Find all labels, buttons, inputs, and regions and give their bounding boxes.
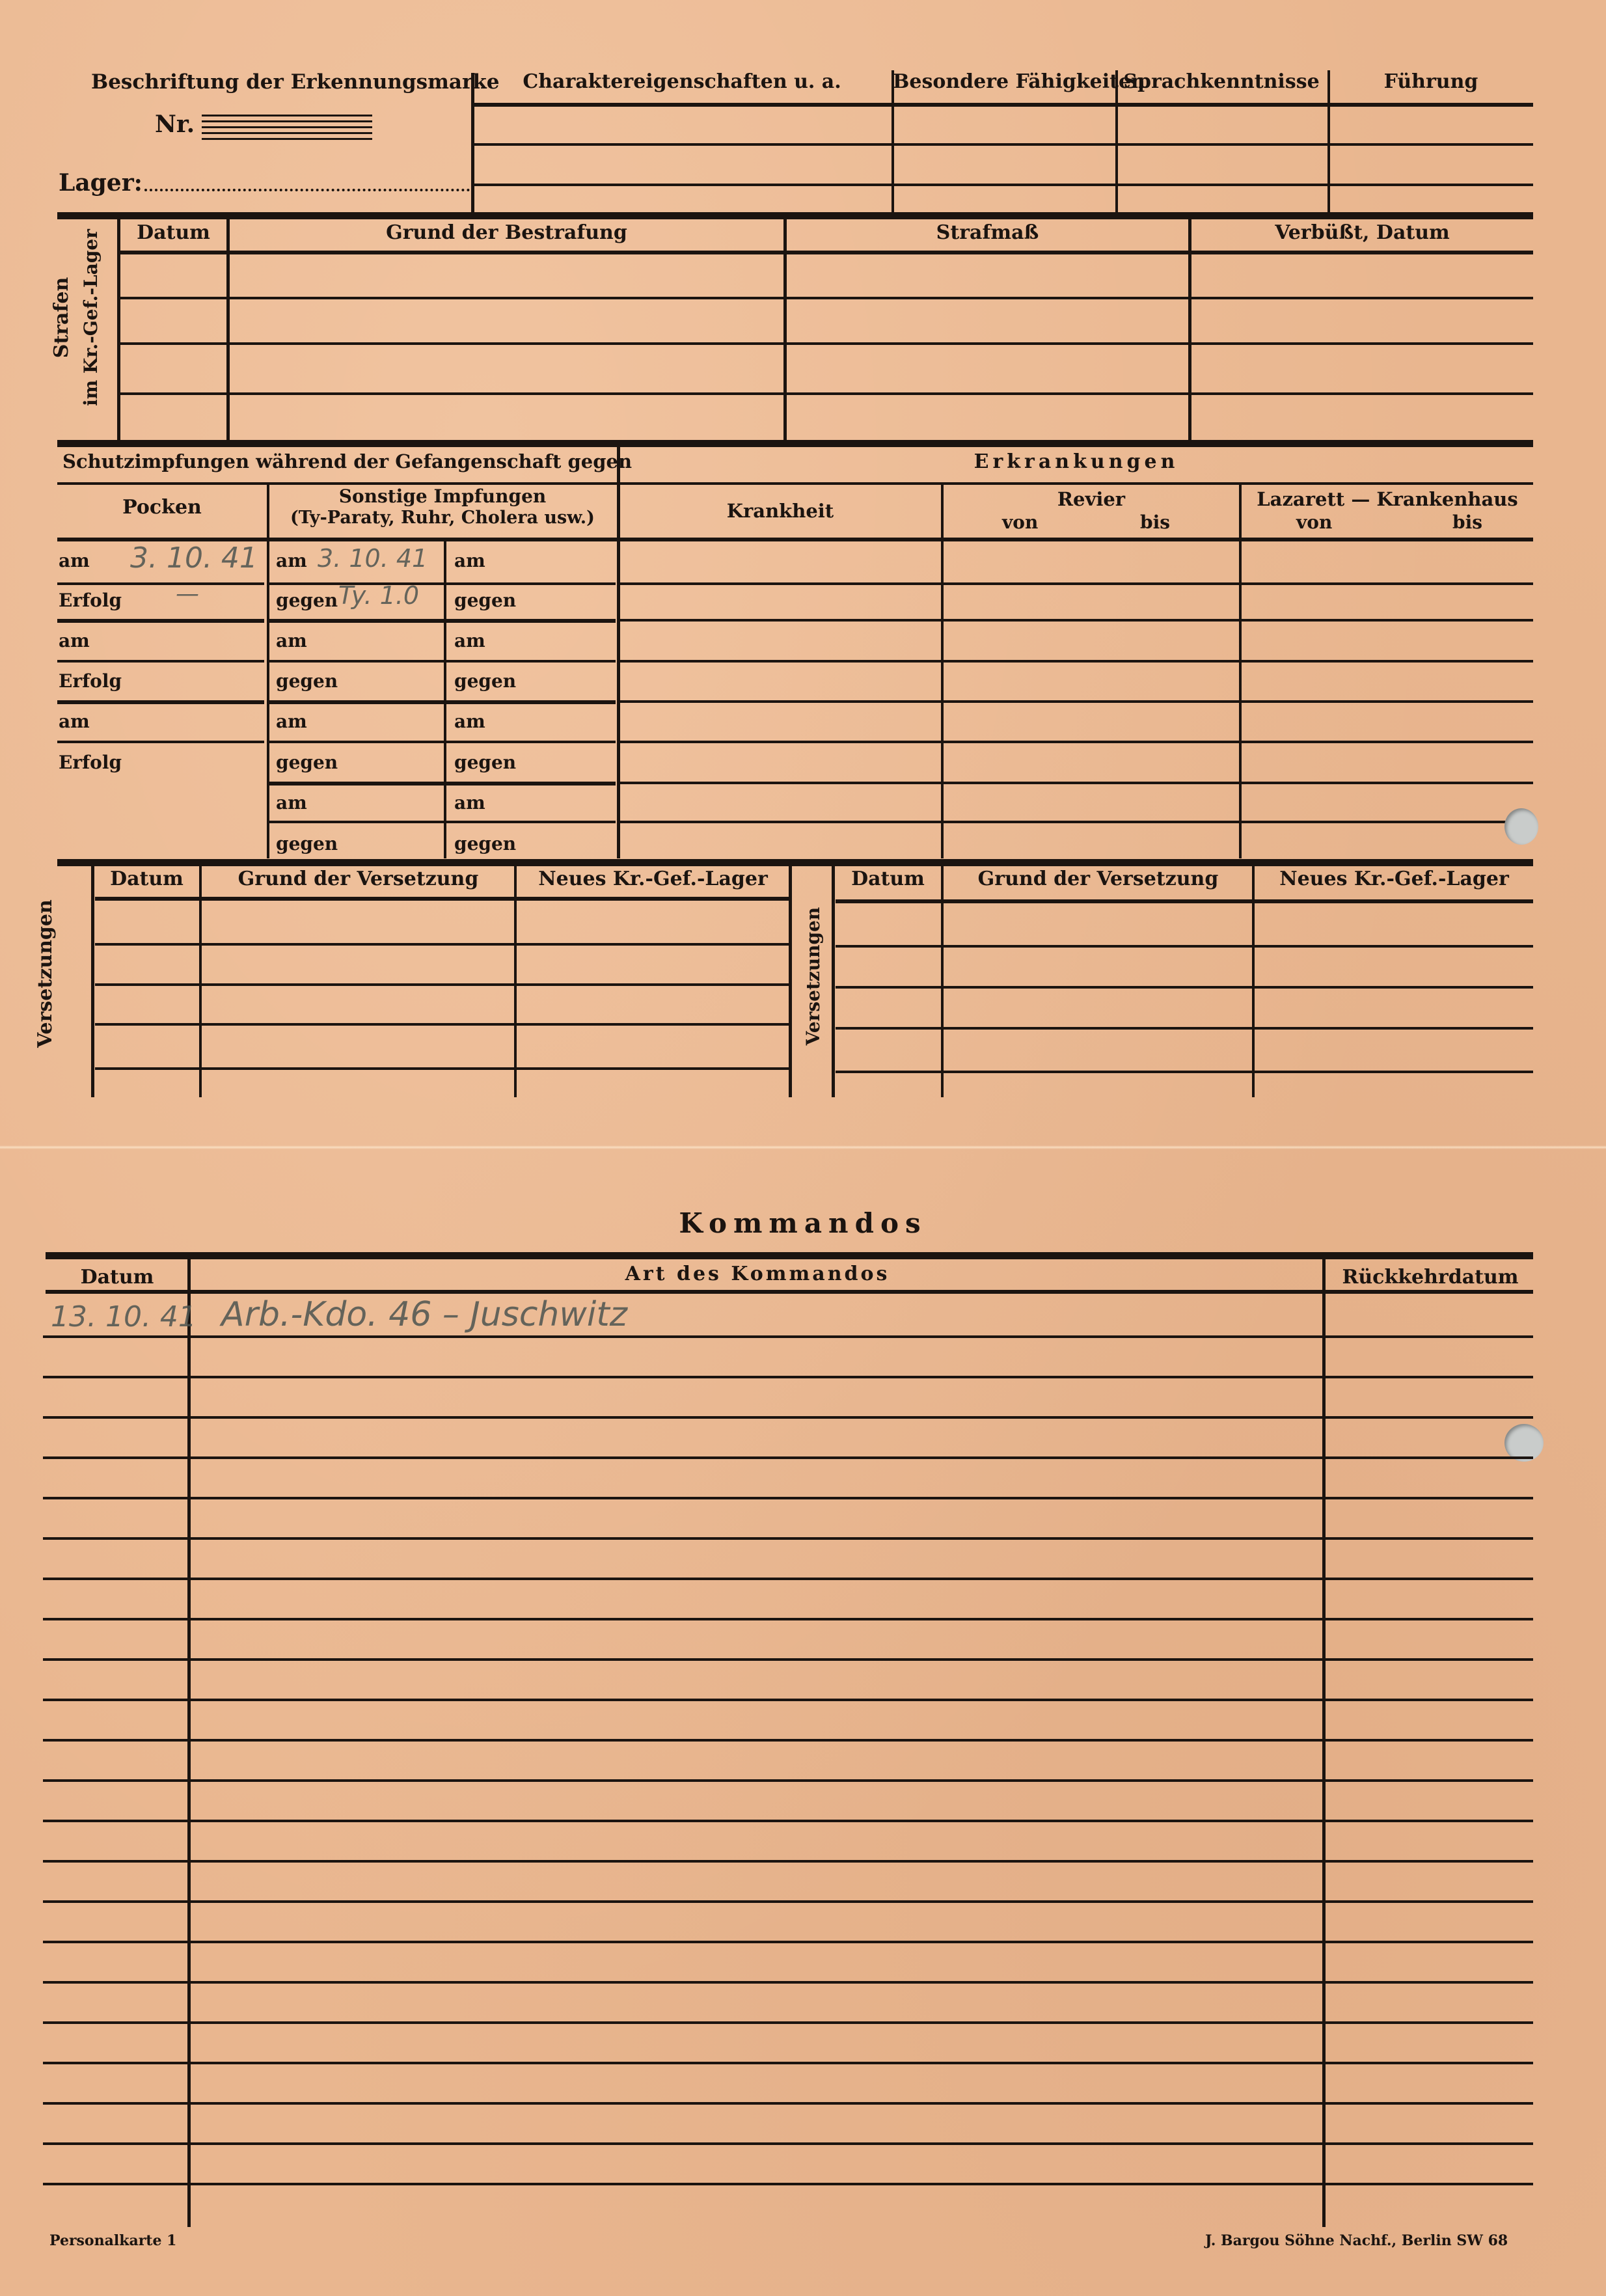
rule: [57, 660, 264, 663]
rule: [43, 1456, 1533, 1459]
revier-bis: bis: [1140, 512, 1170, 533]
rule: [43, 2062, 1533, 2064]
sonstige-label: am: [276, 792, 307, 813]
pocken-value[interactable]: —: [176, 581, 199, 607]
header-charakter: Charaktereigenschaften u. a.: [474, 70, 890, 93]
rule: [269, 619, 616, 623]
sonstige-label: gegen: [276, 752, 338, 773]
versetzung-header-lager: Neues Kr.-Gef.-Lager: [517, 868, 789, 890]
nr-field[interactable]: [202, 115, 372, 141]
rule: [836, 986, 1533, 989]
versetzungen-side-label: Versetzungen: [800, 905, 826, 1048]
footer-form-id: Personalkarte 1: [49, 2232, 176, 2249]
erkrankungen-row[interactable]: [619, 586, 1533, 618]
erkrankungen-row[interactable]: [619, 744, 1533, 780]
kommandos-header-datum: Datum: [46, 1266, 189, 1289]
pocken-value[interactable]: 3. 10. 41: [130, 541, 258, 575]
kommando-datum[interactable]: 13. 10. 41: [51, 1300, 197, 1333]
strafen-side-label-2: im Kr.-Gef.-Lager: [76, 223, 106, 412]
sonstige-header: Sonstige Impfungen: [269, 485, 616, 507]
versetzung-row[interactable]: [95, 902, 787, 941]
versetzung-row[interactable]: [836, 949, 1533, 985]
rule: [619, 741, 1533, 743]
rule: [120, 297, 1533, 299]
pocken-header: Pocken: [59, 496, 265, 519]
rule: [619, 619, 1533, 622]
sonstige-label: gegen: [276, 590, 338, 611]
pocken-label: am: [59, 630, 90, 651]
rule: [57, 582, 264, 585]
strafen-row[interactable]: [120, 255, 1532, 295]
kommando-row[interactable]: [46, 1702, 1533, 1738]
strafen-side-label: Strafen: [47, 223, 77, 412]
sonstige-label: am: [454, 550, 485, 571]
rule: [619, 582, 1533, 585]
divider: [832, 863, 835, 1097]
strafen-header-verbuesst: Verbüßt, Datum: [1191, 221, 1533, 244]
rule: [120, 342, 1533, 345]
rule: [43, 1860, 1533, 1863]
kommando-row[interactable]: [46, 2066, 1533, 2101]
nr-label: Nr.: [155, 111, 195, 138]
rule: [43, 1981, 1533, 1984]
strafen-row[interactable]: [120, 396, 1532, 439]
pocken-label: am: [59, 550, 90, 571]
rule: [43, 1497, 1533, 1499]
rule: [619, 700, 1533, 703]
header-sprachen: Sprachkenntnisse: [1117, 70, 1326, 93]
sonstige-label: gegen: [454, 752, 516, 773]
rule: [269, 741, 616, 743]
rule: [43, 1376, 1533, 1378]
rule: [269, 582, 616, 585]
versetzung-header-datum: Datum: [94, 868, 199, 890]
rule: [619, 660, 1533, 663]
kommando-row[interactable]: [46, 1501, 1533, 1536]
rule: [57, 538, 1533, 541]
strafen-header-grund: Grund der Bestrafung: [230, 221, 783, 244]
krankheit-header: Krankheit: [619, 500, 941, 522]
erkrankungen-row[interactable]: [619, 824, 1533, 858]
sonstige-label: gegen: [276, 833, 338, 854]
lazarett-von: von: [1296, 512, 1332, 533]
rule: [269, 821, 616, 823]
kommandos-header-rueckkehr: Rückkehrdatum: [1327, 1266, 1533, 1289]
revier-von: von: [1002, 512, 1038, 533]
section-rule: [57, 859, 1533, 866]
rule: [269, 660, 616, 663]
rule: [43, 1416, 1533, 1419]
kommando-row[interactable]: [46, 2025, 1533, 2060]
kommando-row[interactable]: [46, 1662, 1533, 1697]
lazarett-bis: bis: [1452, 512, 1482, 533]
kommando-row[interactable]: [46, 1420, 1533, 1455]
rule: [120, 251, 1533, 254]
section-rule: [57, 212, 1533, 219]
rule: [95, 943, 789, 946]
rule: [95, 897, 789, 901]
charakter-field[interactable]: [474, 107, 890, 212]
rule: [836, 945, 1533, 948]
erkrankungen-row[interactable]: [619, 663, 1533, 700]
pocken-label: Erfolg: [59, 752, 122, 773]
rule: [43, 1578, 1533, 1580]
section-rule: [46, 1252, 1533, 1259]
rule: [57, 741, 264, 743]
impfungen-title: Schutzimpfungen während der Gefangenscha…: [62, 450, 632, 472]
strafen-header-strafmass: Strafmaß: [787, 221, 1188, 244]
rule: [43, 1537, 1533, 1540]
versetzung-header-grund: Grund der Versetzung: [202, 868, 514, 890]
sonstige-label: am: [454, 792, 485, 813]
kommando-row[interactable]: [46, 1339, 1533, 1374]
sonstige-value[interactable]: Ty. 1.0: [338, 581, 419, 610]
kommando-row[interactable]: [46, 1945, 1533, 1980]
sonstige-label: gegen: [454, 833, 516, 854]
rule: [57, 482, 617, 485]
sonstige-label: gegen: [454, 590, 516, 611]
kommando-row[interactable]: [46, 1864, 1533, 1899]
versetzung-row[interactable]: [95, 1027, 787, 1066]
lazarett-header: Lazarett — Krankenhaus: [1242, 488, 1533, 510]
strafen-header-datum: Datum: [120, 221, 226, 244]
versetzung-header-datum: Datum: [835, 868, 941, 890]
erkrankungen-row[interactable]: [619, 622, 1533, 659]
rule: [43, 1658, 1533, 1661]
pocken-label: Erfolg: [59, 670, 122, 692]
erkrankungen-title: Erkrankungen: [619, 450, 1533, 473]
kommando-row[interactable]: [46, 1783, 1533, 1818]
fuehrung-field[interactable]: [1330, 107, 1533, 212]
versetzung-row[interactable]: [95, 987, 787, 1022]
versetzungen-side-label: Versetzungen: [33, 905, 59, 1048]
versetzung-header-lager: Neues Kr.-Gef.-Lager: [1255, 868, 1533, 890]
sonstige-label: am: [454, 711, 485, 732]
revier-header: Revier: [944, 488, 1239, 510]
sonstige-label: am: [276, 630, 307, 651]
erkrankungen-row[interactable]: [619, 704, 1533, 740]
punch-hole: [1504, 808, 1538, 845]
kommando-row[interactable]: [46, 1985, 1533, 2020]
versetzung-row[interactable]: [836, 990, 1533, 1026]
kommando-row[interactable]: [46, 1541, 1533, 1576]
erkennungsmarke-title: Beschriftung der Erkennungsmarke: [91, 70, 500, 94]
kommandos-title: Kommandos: [0, 1207, 1606, 1239]
versetzung-header-grund: Grund der Versetzung: [944, 868, 1252, 890]
lager-field[interactable]: [144, 189, 470, 191]
paper-fold: [0, 1145, 1606, 1149]
rule: [43, 1335, 1533, 1338]
rule: [95, 1023, 789, 1026]
sonstige-value[interactable]: 3. 10. 41: [318, 544, 428, 573]
kommando-row[interactable]: [46, 1904, 1533, 1939]
strafen-row[interactable]: [120, 301, 1532, 341]
section-rule: [57, 440, 1533, 447]
sonstige-label: am: [454, 630, 485, 651]
strafen-row[interactable]: [120, 346, 1532, 390]
sprachen-field[interactable]: [1118, 107, 1326, 212]
kommando-art[interactable]: Arb.-Kdo. 46 – Juschwitz: [221, 1295, 627, 1334]
versetzung-row[interactable]: [836, 1031, 1533, 1069]
rule: [836, 1071, 1533, 1073]
lager-label: Lager:: [59, 169, 143, 197]
rule: [619, 782, 1533, 784]
sonstige-label: am: [276, 711, 307, 732]
rule: [836, 899, 1533, 903]
rule: [269, 700, 616, 704]
rule: [43, 1941, 1533, 1943]
sonstige-header-sub: (Ty-Paraty, Ruhr, Cholera usw.): [269, 508, 616, 528]
sonstige-label: gegen: [454, 670, 516, 692]
rule: [57, 619, 264, 623]
kommando-row[interactable]: [46, 1743, 1533, 1778]
kommando-row[interactable]: [46, 1622, 1533, 1657]
rule: [474, 103, 1533, 107]
rule: [43, 1618, 1533, 1620]
kommando-row[interactable]: [46, 1380, 1533, 1415]
faehigkeiten-field[interactable]: [894, 107, 1114, 212]
pocken-label: Erfolg: [59, 590, 122, 611]
rule: [43, 1739, 1533, 1742]
kommandos-header-art: Art des Kommandos: [193, 1263, 1322, 1285]
rule: [43, 1699, 1533, 1701]
rule: [95, 983, 789, 986]
divider: [789, 863, 792, 1097]
rule: [43, 1900, 1533, 1903]
rule: [43, 1779, 1533, 1782]
kommando-row[interactable]: [46, 1581, 1533, 1617]
footer-printer: J. Bargou Söhne Nachf., Berlin SW 68: [1205, 2232, 1508, 2249]
rule: [43, 2102, 1533, 2105]
header-fuehrung: Führung: [1329, 70, 1533, 93]
sonstige-label: am: [276, 550, 307, 571]
versetzung-row[interactable]: [95, 947, 787, 982]
erkrankungen-row[interactable]: [619, 542, 1533, 581]
versetzung-row[interactable]: [836, 905, 1533, 944]
rule: [120, 392, 1533, 395]
kommando-row[interactable]: [46, 1824, 1533, 1859]
sonstige-label: gegen: [276, 670, 338, 692]
rule: [43, 2183, 1533, 2185]
header-faehigkeiten: Besondere Fähigkeiten: [893, 70, 1114, 93]
rule: [46, 1290, 1533, 1294]
kommando-row[interactable]: [46, 2106, 1533, 2141]
rule: [43, 2142, 1533, 2145]
rule: [95, 1067, 789, 1070]
rule: [43, 1820, 1533, 1822]
rule: [43, 2021, 1533, 2024]
rule: [269, 782, 616, 786]
pocken-label: am: [59, 711, 90, 732]
erkrankungen-row[interactable]: [619, 785, 1533, 820]
kommando-row[interactable]: [46, 1460, 1533, 1496]
rule: [619, 482, 1533, 485]
kommando-row[interactable]: [46, 2187, 1533, 2222]
rule: [836, 1027, 1533, 1030]
kommando-row[interactable]: [46, 2146, 1533, 2181]
rule: [619, 821, 1533, 823]
rule: [57, 700, 264, 704]
divider: [91, 863, 94, 1097]
